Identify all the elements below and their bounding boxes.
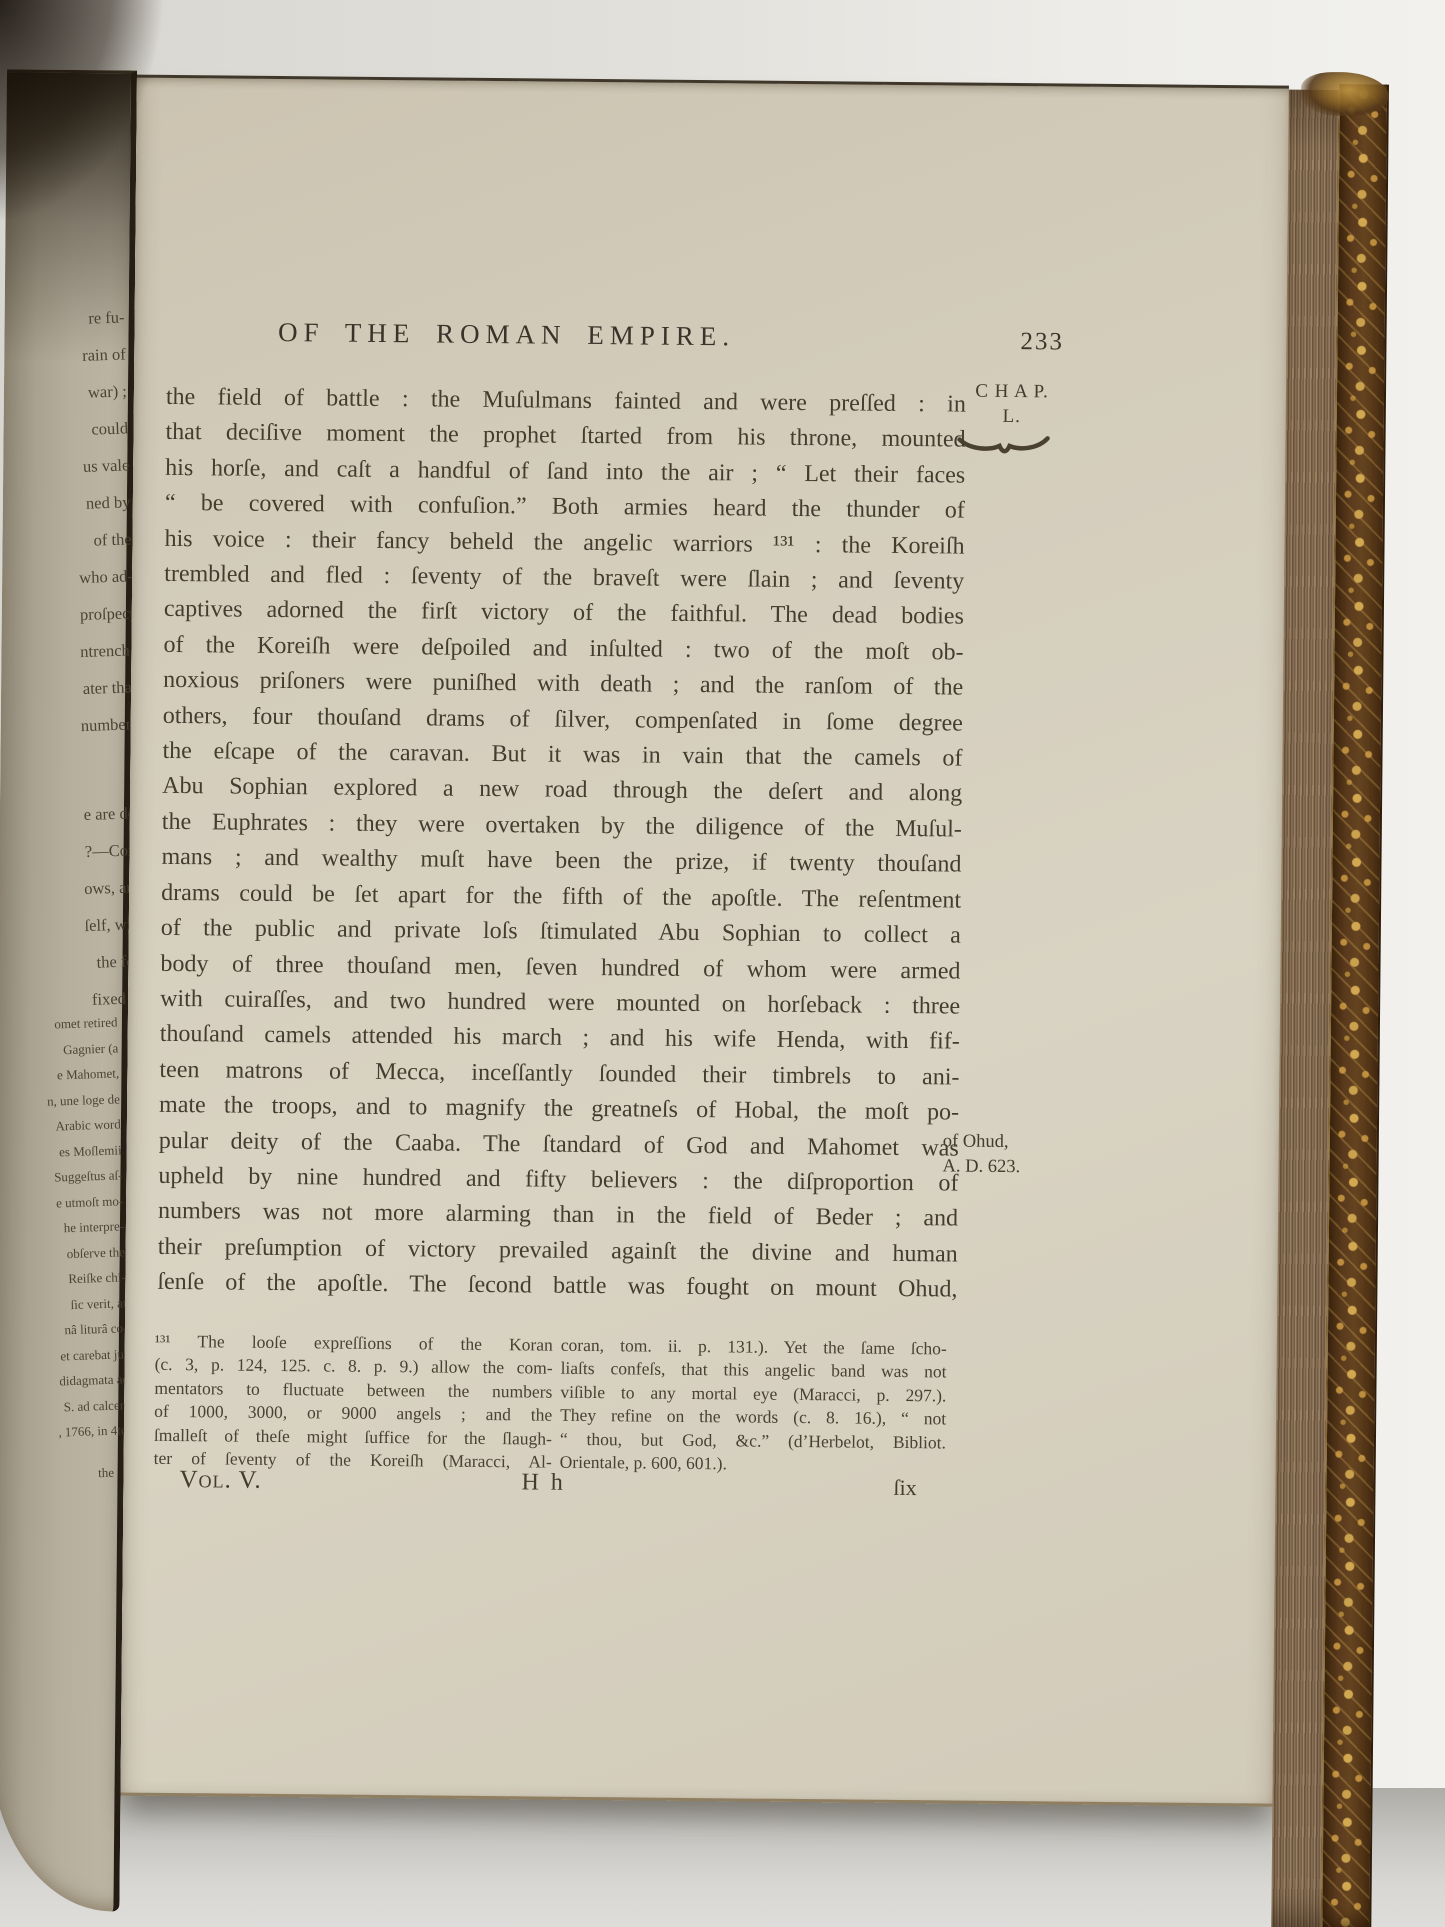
footnote-line: of 1000, 3000, or 9000 angels ; and the — [154, 1400, 552, 1427]
volume-label: Vol. V. — [179, 1466, 261, 1495]
previous-page-text-fragments-lower: omet retiredGagnier (ae Mahomet,n, une l… — [1, 1009, 132, 1487]
text-fragment: proſpect — [21, 594, 134, 635]
body-text: the field of battle : the Muſulmans fain… — [157, 380, 966, 1308]
text-fragment: obſerve the — [9, 1239, 126, 1268]
text-fragment: who ad- — [20, 557, 133, 598]
book-page: OF THE ROMAN EMPIRE. 233 C H A P. L. the… — [120, 75, 1288, 1807]
previous-page-text-fragments-upper: re fu-rain ofwar) ;couldus valened byof … — [12, 298, 147, 1019]
chapter-note-line2: L. — [952, 403, 1072, 429]
text-fragment: S. ad calcem — [13, 1392, 130, 1421]
text-fragment: ſelf, with — [32, 905, 145, 946]
footnote-line: liaſts confeſs, that this angelic band w… — [560, 1357, 946, 1384]
date-margin-note: of Ohud, A. D. 623. — [942, 1129, 1092, 1179]
text-fragment: et carebat ju- — [12, 1341, 129, 1370]
text-fragment: omet retired — [1, 1009, 118, 1038]
open-book: re fu-rain ofwar) ;couldus valened byof … — [0, 57, 1399, 1927]
text-fragment: ?—Con- — [29, 831, 142, 872]
text-fragment: ned by — [18, 483, 131, 524]
text-fragment: Gagnier (a — [2, 1035, 119, 1064]
text-fragment: e Mahomet, — [3, 1060, 120, 1089]
footnote-line: They refine on the words (c. 8. 16.), “ … — [560, 1404, 946, 1431]
text-fragment: rain of — [13, 335, 126, 376]
footnote-line: (c. 3, p. 124, 125. c. 8. p. 9.) allow t… — [155, 1353, 553, 1380]
text-fragment: e are de- — [28, 794, 141, 835]
chapter-note-line1: C H A P. — [952, 378, 1072, 404]
photo-of-book-page: { "page": { "running_header": "OF THE RO… — [0, 0, 1445, 1927]
text-fragment: n, une loge de — [4, 1086, 121, 1115]
text-fragment: ntrench- — [23, 631, 136, 672]
page-footer: Vol. V. H h ſix — [155, 1466, 965, 1508]
catchword: ſix — [893, 1475, 916, 1501]
margin-note-line2: A. D. 623. — [942, 1154, 1092, 1180]
text-fragment: re fu- — [12, 298, 125, 339]
text-fragment: Suggeſtus aſ- — [6, 1162, 123, 1191]
text-fragment: he interpre- — [8, 1213, 125, 1242]
text-fragment: , 1766, in 4to. — [14, 1417, 131, 1446]
text-fragment: es Moſlemii — [5, 1137, 122, 1166]
chapter-margin-note: C H A P. L. — [952, 378, 1072, 429]
gilt-headcap — [1301, 72, 1389, 117]
text-fragment: the — [16, 1459, 115, 1488]
margin-note-line1: of Ohud, — [943, 1129, 1093, 1155]
text-fragment: us vale — [17, 446, 130, 487]
chapter-brace-ornament — [955, 434, 1051, 455]
text-fragment: ſic verit, at — [10, 1290, 127, 1319]
text-fragment: could — [16, 409, 129, 450]
text-fragment: of the — [19, 520, 132, 561]
text-fragment: numbers — [25, 705, 138, 746]
text-fragment: Arabic word — [4, 1111, 121, 1140]
running-header: OF THE ROMAN EMPIRE. — [144, 316, 868, 354]
text-fragment: ows, and — [30, 868, 143, 909]
footnote-right-column: coran, tom. ii. p. 131.). Yet the ſame ſ… — [560, 1334, 947, 1478]
body-text-line: ſenſe of the apoſtle. The ſecond battle … — [157, 1265, 957, 1308]
text-fragment: e utmoſt mo- — [7, 1188, 124, 1217]
text-fragment: ater that — [24, 668, 137, 709]
text-fragment: nâ liturâ co- — [11, 1315, 128, 1344]
text-fragment: Reiſke chi- — [9, 1264, 126, 1293]
text-fragment: didagmata ad — [13, 1366, 130, 1395]
page-number: 233 — [1020, 328, 1064, 356]
signature-mark: H h — [521, 1469, 566, 1496]
footnote-left-column: ¹³¹ The looſe expreſſions of the Koran(c… — [154, 1330, 553, 1474]
previous-page-curled-edge: re fu-rain ofwar) ;couldus valened byof … — [0, 69, 137, 1911]
text-fragment: war) ; — [14, 372, 127, 413]
